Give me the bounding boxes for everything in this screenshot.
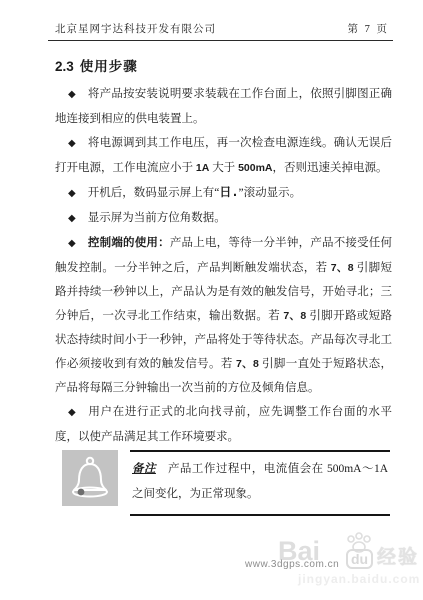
diamond-bullet-icon: ◆ xyxy=(68,188,76,199)
bullet-item: ◆控制端的使用：产品上电，等待一分半钟，产品不接受任何触发控制。一分半钟之后，产… xyxy=(55,231,392,400)
diamond-bullet-icon: ◆ xyxy=(68,138,76,149)
watermark-jingyan-url: jingyan.baidu.com xyxy=(298,572,420,586)
bullet-text-segment: 大于 xyxy=(209,162,238,174)
bullet-text-segment: 显示屏为当前方位角数据。 xyxy=(88,212,226,224)
bullet-item: ◆显示屏为当前方位角数据。 xyxy=(55,206,392,231)
bullet-list: ◆将产品按安装说明要求装载在工作台面上，依照引脚图正确地连接到相应的供电装置上。… xyxy=(55,82,392,449)
watermark-du-text: du xyxy=(346,549,373,569)
manual-page: 北京星网宇达科技开发有限公司 第 7 页 2.3使用步骤 ◆将产品按安装说明要求… xyxy=(0,0,423,600)
page-header: 北京星网宇达科技开发有限公司 第 7 页 xyxy=(48,21,393,41)
company-name: 北京星网宇达科技开发有限公司 xyxy=(55,21,216,36)
bullet-text-segment: 将产品按安装说明要求装载在工作台面上，依照引脚图正确地连接到相应的供电装置上。 xyxy=(55,88,392,125)
page-number: 第 7 页 xyxy=(348,21,390,36)
bullet-item: ◆用户在进行正式的北向找寻前，应先调整工作台面的水平度，以使产品满足其工作环境要… xyxy=(55,400,392,449)
watermark-site-url: www.3dgps.com.cn xyxy=(245,559,339,570)
note-text-box: 备注产品工作过程中，电流值会在 500mA～1A 之间变化，为正常现象。 xyxy=(130,450,390,516)
bullet-item: ◆将电源调到其工作电压，再一次检查电源连线。确认无误后打开电源，工作电流应小于 … xyxy=(55,131,392,180)
bullet-text-segment: 7、8 xyxy=(331,262,354,274)
bullet-item: ◆开机后，数码显示屏上有“日.”滚动显示。 xyxy=(55,180,392,206)
bullet-text-segment: 用户在进行正式的北向找寻前，应先调整工作台面的水平度，以使产品满足其工作环境要求… xyxy=(55,406,392,443)
baidu-jingyan-watermark: Bai du 经验 www.3dgps.com.cn jingyan.baidu… xyxy=(240,534,422,594)
section-heading: 2.3使用步骤 xyxy=(55,55,138,75)
diamond-bullet-icon: ◆ xyxy=(68,213,76,224)
bullet-text-segment: 开机后，数码显示屏上有“ xyxy=(88,187,220,199)
bullet-text-segment: 7、8 xyxy=(283,310,306,322)
bullet-text-segment: ”滚动显示。 xyxy=(239,187,302,199)
bell-icon xyxy=(62,450,118,506)
bullet-text-segment: 1A xyxy=(196,162,209,174)
section-number: 2.3 xyxy=(55,59,74,74)
diamond-bullet-icon: ◆ xyxy=(68,407,76,418)
bullet-text-segment: 7、8 xyxy=(236,358,259,370)
diamond-bullet-icon: ◆ xyxy=(68,238,76,249)
diamond-bullet-icon: ◆ xyxy=(68,89,76,100)
watermark-jingyan-text: 经验 xyxy=(377,542,419,569)
paw-print-icon xyxy=(344,532,374,559)
bullet-text-segment: 控制端的使用： xyxy=(88,237,170,249)
watermark-bai-text: Bai xyxy=(278,536,320,567)
bullet-text-segment: 日. xyxy=(219,185,238,199)
section-title-text: 使用步骤 xyxy=(80,59,138,74)
note-text: 产品工作过程中，电流值会在 500mA～1A 之间变化，为正常现象。 xyxy=(132,463,388,500)
note-block: 备注产品工作过程中，电流值会在 500mA～1A 之间变化，为正常现象。 xyxy=(62,450,390,516)
bullet-text-segment: ，否则迅速关掉电源。 xyxy=(273,162,388,174)
bullet-item: ◆将产品按安装说明要求装载在工作台面上，依照引脚图正确地连接到相应的供电装置上。 xyxy=(55,82,392,131)
bullet-text-segment: 500mA xyxy=(238,162,272,174)
note-label: 备注 xyxy=(132,463,156,475)
